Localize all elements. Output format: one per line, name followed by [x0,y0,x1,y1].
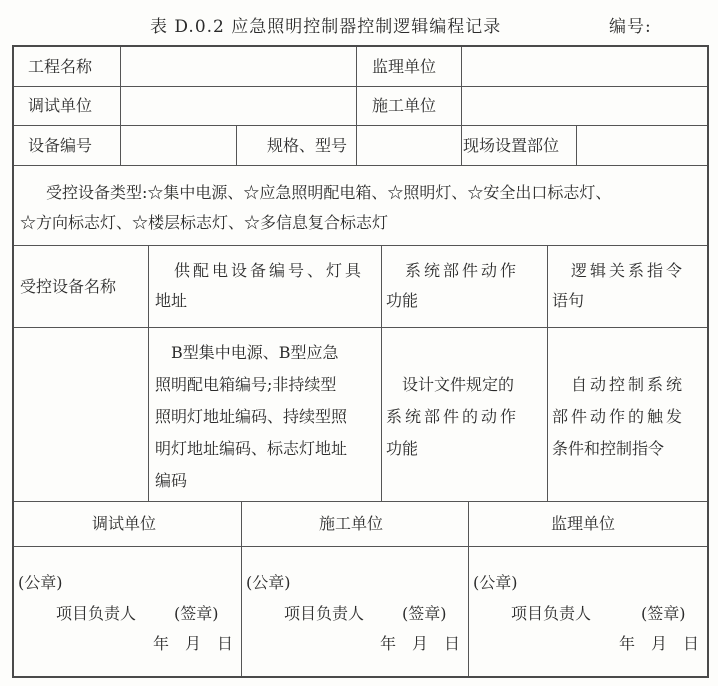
action-function-content: 设计文件规定的 系统部件的动作 功能 [382,328,548,502]
record-table: 工程名称 监理单位 调试单位 施工单位 设备编号 规格、型号 现场设置部位 受控… [12,45,709,678]
col-header-device-name: 受控设备名称 [14,246,149,328]
label-device-number: 设备编号 [14,126,121,166]
col-header-power-address: 供配电设备编号、灯具 地址 [149,246,382,328]
sig-block-supervision[interactable]: (公章) 项目负责人 (签章) 年 月 日 [469,547,707,676]
sig-header-construction: 施工单位 [242,502,469,547]
commissioning-unit-field[interactable] [121,87,357,126]
number-label: 编号: [609,12,652,37]
label-construction-unit: 施工单位 [357,87,462,126]
device-number-field[interactable] [121,126,237,166]
label-commissioning-unit: 调试单位 [14,87,121,126]
sig-header-supervision: 监理单位 [469,502,707,547]
logic-statement-content: 自动控制系统 部件动作的触发 条件和控制指令 [548,328,707,502]
power-address-content: B型集中电源、B型应急 照明配电箱编号;非持续型 照明灯地址编码、持续型照 明灯… [149,328,382,502]
label-spec-model: 规格、型号 [237,126,357,166]
col-header-action-function: 系统部件动作 功能 [382,246,548,328]
device-name-field[interactable] [14,328,149,502]
sig-header-commissioning: 调试单位 [14,502,242,547]
col-header-logic-statement: 逻辑关系指令 语句 [548,246,707,328]
document-title: 表 D.0.2 应急照明控制器控制逻辑编程记录 编号: [0,8,718,38]
sig-block-construction[interactable]: (公章) 项目负责人 (签章) 年 月 日 [242,547,469,676]
installation-location-field[interactable] [577,126,707,166]
sig-block-commissioning[interactable]: (公章) 项目负责人 (签章) 年 月 日 [14,547,242,676]
project-name-field[interactable] [121,47,357,87]
device-types-line1: 受控设备类型:☆集中电源、☆应急照明配电箱、☆照明灯、☆安全出口标志灯、 [46,178,611,208]
spec-model-field[interactable] [357,126,462,166]
label-project-name: 工程名称 [14,47,121,87]
controlled-device-types: 受控设备类型:☆集中电源、☆应急照明配电箱、☆照明灯、☆安全出口标志灯、 ☆方向… [14,166,707,246]
construction-unit-field[interactable] [462,87,707,126]
supervision-unit-field[interactable] [462,47,707,87]
label-supervision-unit: 监理单位 [357,47,462,87]
label-installation-location: 现场设置部位 [462,126,577,166]
table-title: 表 D.0.2 应急照明控制器控制逻辑编程记录 [150,12,501,37]
device-types-line2: ☆方向标志灯、☆楼层标志灯、☆多信息复合标志灯 [20,208,388,238]
